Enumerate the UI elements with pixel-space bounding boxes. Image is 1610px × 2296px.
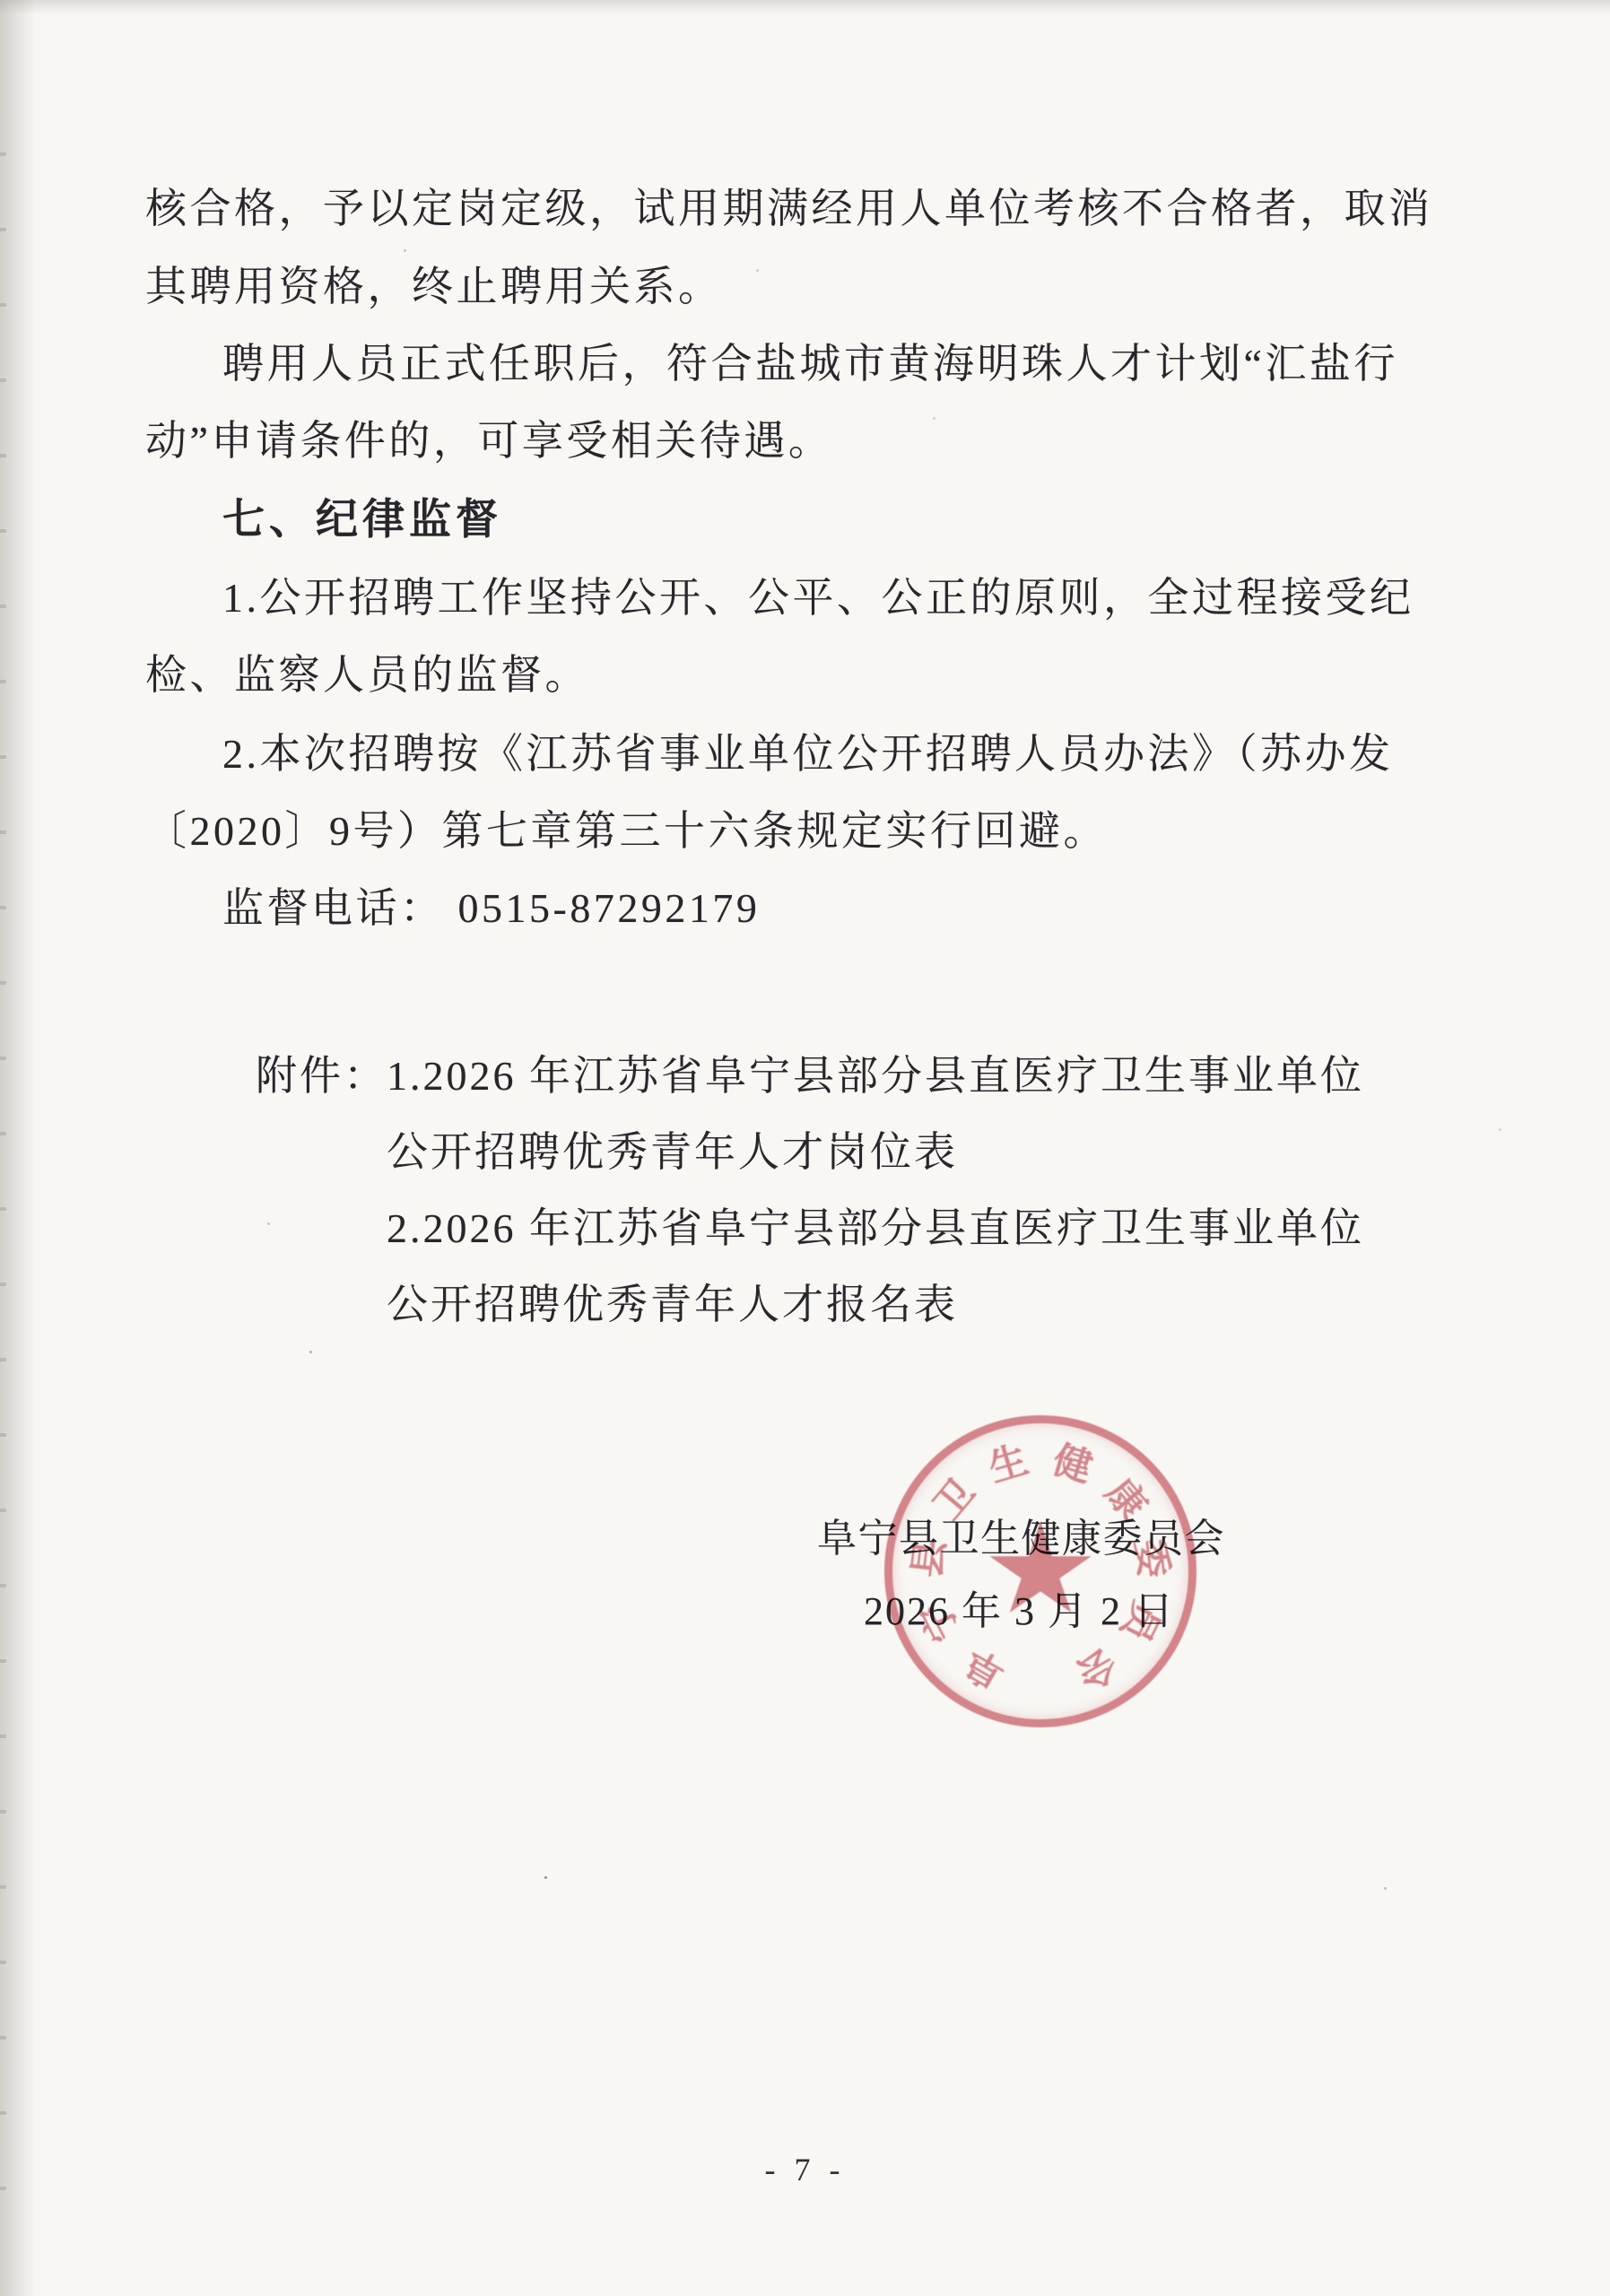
paper-specks bbox=[0, 0, 3, 3]
seal-circle bbox=[884, 1415, 1197, 1727]
scan-edge-shadow-left bbox=[0, 0, 36, 2296]
page-number: - 7 - bbox=[0, 2151, 1610, 2188]
body-line: 2.本次招聘按《江苏省事业单位公开招聘人员办法》（苏办发 bbox=[222, 730, 1394, 778]
seal-ring-character: 阜 bbox=[953, 1638, 1014, 1704]
attachment-line: 公开招聘优秀青年人才岗位表 bbox=[387, 1119, 958, 1178]
body-line: 检、监察人员的监督。 bbox=[145, 651, 589, 700]
attachment-line: 2.2026 年江苏省阜宁县部分县直医疗卫生事业单位 bbox=[387, 1196, 1364, 1255]
body-line: 其聘用资格，终止聘用关系。 bbox=[145, 263, 723, 311]
attachment-line: 公开招聘优秀青年人才报名表 bbox=[387, 1272, 958, 1331]
body-line: 聘用人员正式任职后，符合盐城市黄海明珠人才计划“汇盐行 bbox=[222, 340, 1398, 388]
seal-ring-character: 会 bbox=[1067, 1638, 1128, 1704]
body-line: 1.公开招聘工作坚持公开、公平、公正的原则，全过程接受纪 bbox=[222, 574, 1414, 622]
attachment-line: 1.2026 年江苏省阜宁县部分县直医疗卫生事业单位 bbox=[387, 1043, 1364, 1102]
issue-date: 2026 年 3 月 2 日 bbox=[864, 1578, 1175, 1636]
scan-edge-streaks bbox=[0, 81, 6, 2242]
attachments-label: 附件： bbox=[256, 1043, 387, 1102]
body-line: 〔2020〕9号）第七章第三十六条规定实行回避。 bbox=[145, 807, 1108, 856]
body-line: 核合格，予以定岗定级，试用期满经用人单位考核不合格者，取消 bbox=[145, 185, 1433, 233]
official-seal: 阜宁县卫生健康委员会 bbox=[884, 1415, 1197, 1727]
scanned-document-page: 核合格，予以定岗定级，试用期满经用人单位考核不合格者，取消 其聘用资格，终止聘用… bbox=[0, 0, 1610, 2296]
scan-edge-shadow-top bbox=[0, 0, 1610, 14]
section-heading: 七、纪律监督 bbox=[222, 494, 502, 544]
supervision-phone-line: 监督电话： 0515-87292179 bbox=[222, 884, 760, 933]
issuing-organization: 阜宁县卫生健康委员会 bbox=[817, 1506, 1225, 1563]
seal-ring-character: 健 bbox=[1047, 1430, 1100, 1493]
body-line: 动”申请条件的，可享受相关待遇。 bbox=[145, 417, 832, 465]
seal-ring-character: 生 bbox=[981, 1430, 1034, 1493]
